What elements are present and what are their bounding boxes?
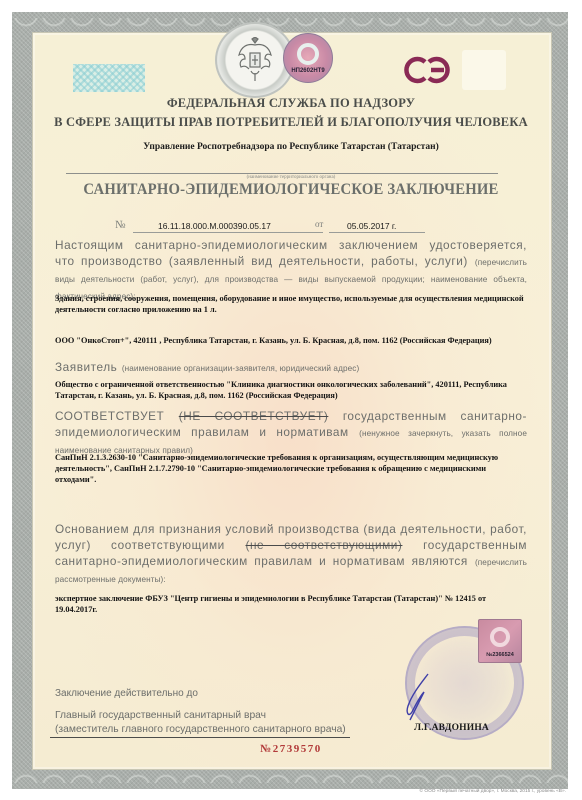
sanitary-rules-value: СанПиН 2.1.3.2630-10 "Санитарно-эпидемио… (55, 452, 525, 485)
printer-note: © ООО «Первый печатный двор», г. Москва,… (419, 789, 566, 794)
territorial-caption: (наименование территориального органа) (0, 175, 582, 180)
compliance-section-label: СООТВЕТСТВУЕТ (НЕ СООТВЕТСТВУЕТ) государ… (55, 408, 527, 458)
guilloche-border-bottom (12, 771, 568, 783)
signer-name: Л.Г.АВДОНИНА (414, 723, 489, 733)
double-headed-eagle-icon (235, 37, 275, 83)
complies-text: СООТВЕТСТВУЕТ (55, 409, 164, 423)
chief-doctor-title: Главный государственный санитарный врач (55, 710, 527, 721)
deputy-doctor-title: (заместитель главного государственного с… (55, 724, 355, 735)
signature-line (50, 737, 350, 738)
se-logo (403, 55, 451, 85)
not-complies-struck: (НЕ СООТВЕТСТВУЕТ) (179, 409, 329, 423)
agency-name-line2: В СФЕРЕ ЗАЩИТЫ ПРАВ ПОТРЕБИТЕЛЕЙ И БЛАГО… (0, 115, 582, 130)
agency-name-line1: ФЕДЕРАЛЬНАЯ СЛУЖБА ПО НАДЗОРУ (0, 96, 582, 111)
territorial-underline (66, 173, 498, 174)
se-hologram-icon (490, 627, 510, 647)
hologram-serial-bottom: №2366524 (479, 652, 521, 658)
number-underline (133, 232, 323, 233)
guilloche-border-top (12, 18, 568, 30)
basis-section-label: Основанием для признания условий произво… (55, 521, 527, 587)
document-number: 16.11.18.000.М.000390.05.17 (158, 221, 271, 231)
date-from-label: от (315, 219, 323, 229)
document-date: 05.05.2017 г. (347, 221, 396, 231)
applicant-label: Заявитель (55, 360, 117, 374)
blank-serial-number: №2739570 (0, 743, 582, 755)
hologram-seal-top: НП2602НТ9 (283, 33, 333, 83)
territorial-body: Управление Роспотребнадзора по Республик… (0, 142, 582, 152)
security-hologram-strip (73, 64, 145, 92)
hologram-seal-bottom: №2366524 (478, 619, 522, 663)
production-lead: Настоящим санитарно-эпидемиологическим з… (55, 238, 527, 268)
date-underline (329, 232, 425, 233)
applicant-hint: (наименование организации-заявителя, юри… (122, 364, 359, 373)
watermark-area (462, 50, 506, 90)
number-sign: № (115, 219, 126, 231)
valid-until-label: Заключение действительно до (55, 688, 527, 699)
object-owner-value: ООО "ОнкоСтоп+", 420111 , Республика Тат… (55, 335, 525, 346)
se-hologram-icon (297, 43, 319, 65)
basis-documents-value: экспертное заключение ФБУЗ "Центр гигиен… (55, 593, 525, 615)
basis-struck: (не соответствующими) (245, 538, 402, 552)
applicant-value: Общество с ограниченной ответственностью… (55, 379, 525, 401)
production-value: Здания, строения, сооружения, помещения,… (55, 293, 525, 315)
hologram-serial-top: НП2602НТ9 (284, 68, 332, 74)
applicant-label-row: Заявитель (наименование организации-заяв… (55, 358, 527, 376)
document-number-row: № 16.11.18.000.М.000390.05.17 от 05.05.2… (115, 220, 445, 234)
document-title: САНИТАРНО-ЭПИДЕМИОЛОГИЧЕСКОЕ ЗАКЛЮЧЕНИЕ (23, 181, 558, 199)
